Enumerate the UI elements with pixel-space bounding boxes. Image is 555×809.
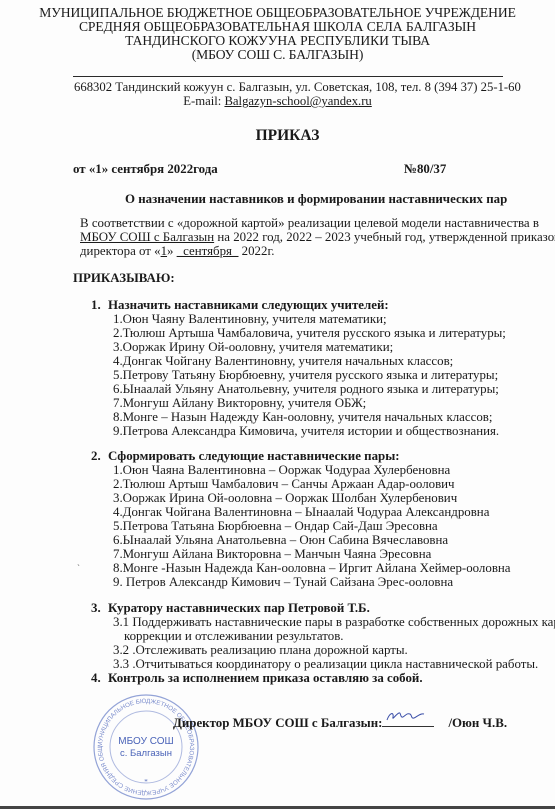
list-item: 7.Монгуш Айлану Викторовну, учителя ОБЖ; [113, 396, 366, 411]
list-item: 3.1 Поддерживать наставнические пары в р… [113, 615, 555, 630]
section-3-heading: Куратору наставнических пар Петровой Т.Б… [108, 601, 370, 615]
signature-field [382, 714, 434, 727]
order-number: №80/37 [404, 162, 446, 176]
director-name: /Оюн Ч.В. [448, 716, 507, 730]
list-item: 2.Тюлюш Артыша Чамбаловича, учителя русс… [113, 326, 506, 341]
section-2-number: 2. [91, 449, 101, 463]
list-item: 3.Ооржак Ирину Ой-ооловну, учителя матем… [113, 340, 393, 355]
section-3-number: 3. [91, 601, 101, 615]
svg-text:с. Балгазын: с. Балгазын [120, 748, 172, 759]
signature-title: Директор МБОУ СОШ с Балгазын: [173, 716, 382, 730]
list-item: 4.Донгак Чойгана Валентиновна – Ынаалай … [113, 505, 489, 520]
preamble-line-3-suffix: 2022г. [238, 244, 274, 258]
list-item: коррекции и отслеживании результатов. [124, 629, 344, 644]
list-item: 5.Петрову Татьяну Бюрбюевну, учителя рус… [113, 368, 498, 383]
address: 668302 Тандинский кожуун с. Балгазын, ул… [74, 80, 521, 95]
orders-label: ПРИКАЗЫВАЮ: [73, 271, 175, 285]
header-divider [73, 76, 503, 77]
svg-text:*: * [144, 778, 148, 786]
list-item: 3.2 .Отслеживать реализацию плана дорожн… [113, 643, 408, 658]
list-item: 8.Монге – Назын Надежду Кан-ооловну, учи… [113, 410, 492, 425]
email-link[interactable]: Balgazyn-school@yandex.ru [224, 94, 371, 108]
list-item: 6.Ынаалай Ульяна Анатольевна – Оюн Сабин… [113, 533, 448, 548]
order-date: от «1» сентября 2022года [73, 162, 218, 176]
section-4-number: 4. [91, 671, 101, 685]
list-item: 7.Монгуш Айлана Викторовна – Манчын Чаян… [113, 547, 431, 562]
official-stamp: МУНИЦИПАЛЬНОЕ БЮДЖЕТНОЕ ОБЩЕОБРАЗОВАТЕЛЬ… [92, 692, 200, 802]
org-name-line-4: (МБОУ СОШ С. БАЛГАЗЫН) [0, 48, 555, 62]
list-item: 2.Тюлюш Артыш Чамбалович – Санчы Аржаан … [113, 477, 455, 492]
svg-text:МБОУ СОШ: МБОУ СОШ [118, 736, 173, 747]
section-1-number: 1. [91, 298, 101, 312]
email-label: E-mail: [183, 94, 224, 108]
list-item: 9. Петров Александр Кимович – Тунай Сайз… [113, 575, 453, 590]
signature-line: Директор МБОУ СОШ с Балгазын: /Оюн Ч.В. [173, 714, 507, 730]
handwritten-signature-icon [384, 710, 436, 724]
section-2-heading: Сформировать следующие наставнические па… [108, 449, 400, 463]
list-item: 1.Оюн Чаяна Валентиновна – Ооржак Чодура… [113, 463, 450, 478]
section-1-heading: Назначить наставниками следующих учителе… [108, 298, 389, 312]
list-item: 6.Ынаалай Ульяну Анатольевну, учителя ро… [113, 382, 499, 397]
email-line: E-mail: Balgazyn-school@yandex.ru [0, 94, 555, 109]
preamble-line-1: В соответствии с «дорожной картой» реали… [80, 216, 539, 230]
document-title: ПРИКАЗ [0, 127, 555, 145]
preamble-line-3-mid: » [167, 244, 177, 258]
school-name-underlined: МБОУ СОШ с Балгазын [80, 230, 214, 244]
preamble-line-3: директора от «1» _сентября_ 2022г. [80, 244, 275, 258]
stamp-seal-icon: МУНИЦИПАЛЬНОЕ БЮДЖЕТНОЕ ОБЩЕОБРАЗОВАТЕЛЬ… [92, 692, 200, 802]
section-4-heading: Контроль за исполнением приказа оставляю… [108, 671, 423, 685]
list-item: 1.Оюн Чаяну Валентиновну, учителя матема… [113, 312, 387, 327]
preamble-line-2: МБОУ СОШ с Балгазын на 2022 год, 2022 – … [80, 230, 555, 244]
preamble-month: _сентября_ [177, 244, 239, 258]
list-item: 9.Петрова Александра Кимовича, учителя и… [113, 424, 499, 439]
preamble-line-2-rest: на 2022 год, 2022 – 2023 учебный год, ут… [214, 230, 555, 244]
preamble-line-3-prefix: директора от « [80, 244, 161, 258]
list-item: 4.Донгак Чойгану Валентиновну, учителя н… [113, 354, 453, 369]
list-item: 3.Ооржак Ирина Ой-ооловна – Ооржак Шолба… [113, 491, 457, 506]
order-subject: О назначении наставников и формировании … [125, 192, 507, 206]
list-item: 3.3 .Отчитываться координатору о реализа… [113, 657, 538, 672]
list-item: 8.Монге -Назын Надежда Кан-ооловна – Ирг… [113, 561, 511, 576]
stray-mark: ˋ [77, 563, 80, 573]
list-item: 5.Петрова Татьяна Бюрбюевна – Ондар Сай-… [113, 519, 438, 534]
